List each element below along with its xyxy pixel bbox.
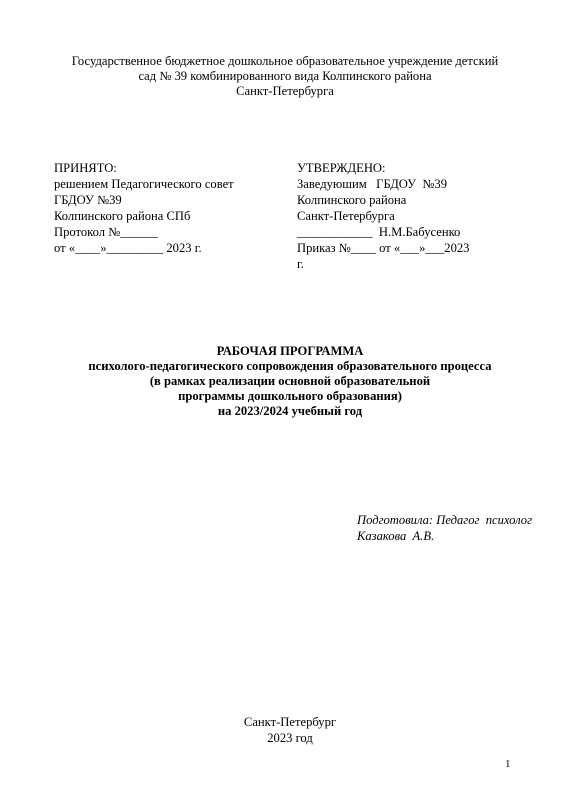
document-page: Государственное бюджетное дошкольное обр…: [0, 0, 566, 800]
page-number: 1: [505, 758, 511, 770]
accepted-line: Колпинского района СПб: [54, 208, 234, 224]
approved-block: УТВЕРЖДЕНО: Заведуюшим ГБДОУ №39 Колпинс…: [297, 160, 469, 272]
author-line: Подготовила: Педагог психолог: [357, 512, 532, 528]
accepted-heading: ПРИНЯТО:: [54, 160, 234, 176]
title-line: программы дошкольного образования): [40, 389, 540, 404]
accepted-block: ПРИНЯТО: решением Педагогического совет …: [54, 160, 234, 256]
footer-city: Санкт-Петербург: [200, 714, 380, 730]
accepted-line: от «____»_________ 2023 г.: [54, 240, 234, 256]
author-line: Казакова А.В.: [357, 528, 532, 544]
accepted-line: решением Педагогического совет: [54, 176, 234, 192]
title-line: РАБОЧАЯ ПРОГРАММА: [40, 344, 540, 359]
accepted-line: Протокол №______: [54, 224, 234, 240]
approved-line: Заведуюшим ГБДОУ №39: [297, 176, 469, 192]
header-line: Государственное бюджетное дошкольное обр…: [40, 54, 530, 69]
header-line: Санкт-Петербурга: [40, 84, 530, 99]
approved-line: ____________ Н.М.Бабусенко: [297, 224, 469, 240]
institution-header: Государственное бюджетное дошкольное обр…: [40, 54, 530, 99]
document-title: РАБОЧАЯ ПРОГРАММА психолого-педагогическ…: [40, 344, 540, 419]
approved-line: г.: [297, 256, 469, 272]
accepted-line: ГБДОУ №39: [54, 192, 234, 208]
approved-heading: УТВЕРЖДЕНО:: [297, 160, 469, 176]
footer-block: Санкт-Петербург 2023 год: [200, 714, 380, 746]
header-line: сад № 39 комбинированного вида Колпинско…: [40, 69, 530, 84]
title-line: психолого-педагогического сопровождения …: [40, 359, 540, 374]
title-line: на 2023/2024 учебный год: [40, 404, 540, 419]
author-block: Подготовила: Педагог психолог Казакова А…: [357, 512, 532, 544]
footer-year: 2023 год: [200, 730, 380, 746]
approved-line: Санкт-Петербурга: [297, 208, 469, 224]
title-line: (в рамках реализации основной образовате…: [40, 374, 540, 389]
approved-line: Колпинского района: [297, 192, 469, 208]
approved-line: Приказ №____ от «___»___2023: [297, 240, 469, 256]
